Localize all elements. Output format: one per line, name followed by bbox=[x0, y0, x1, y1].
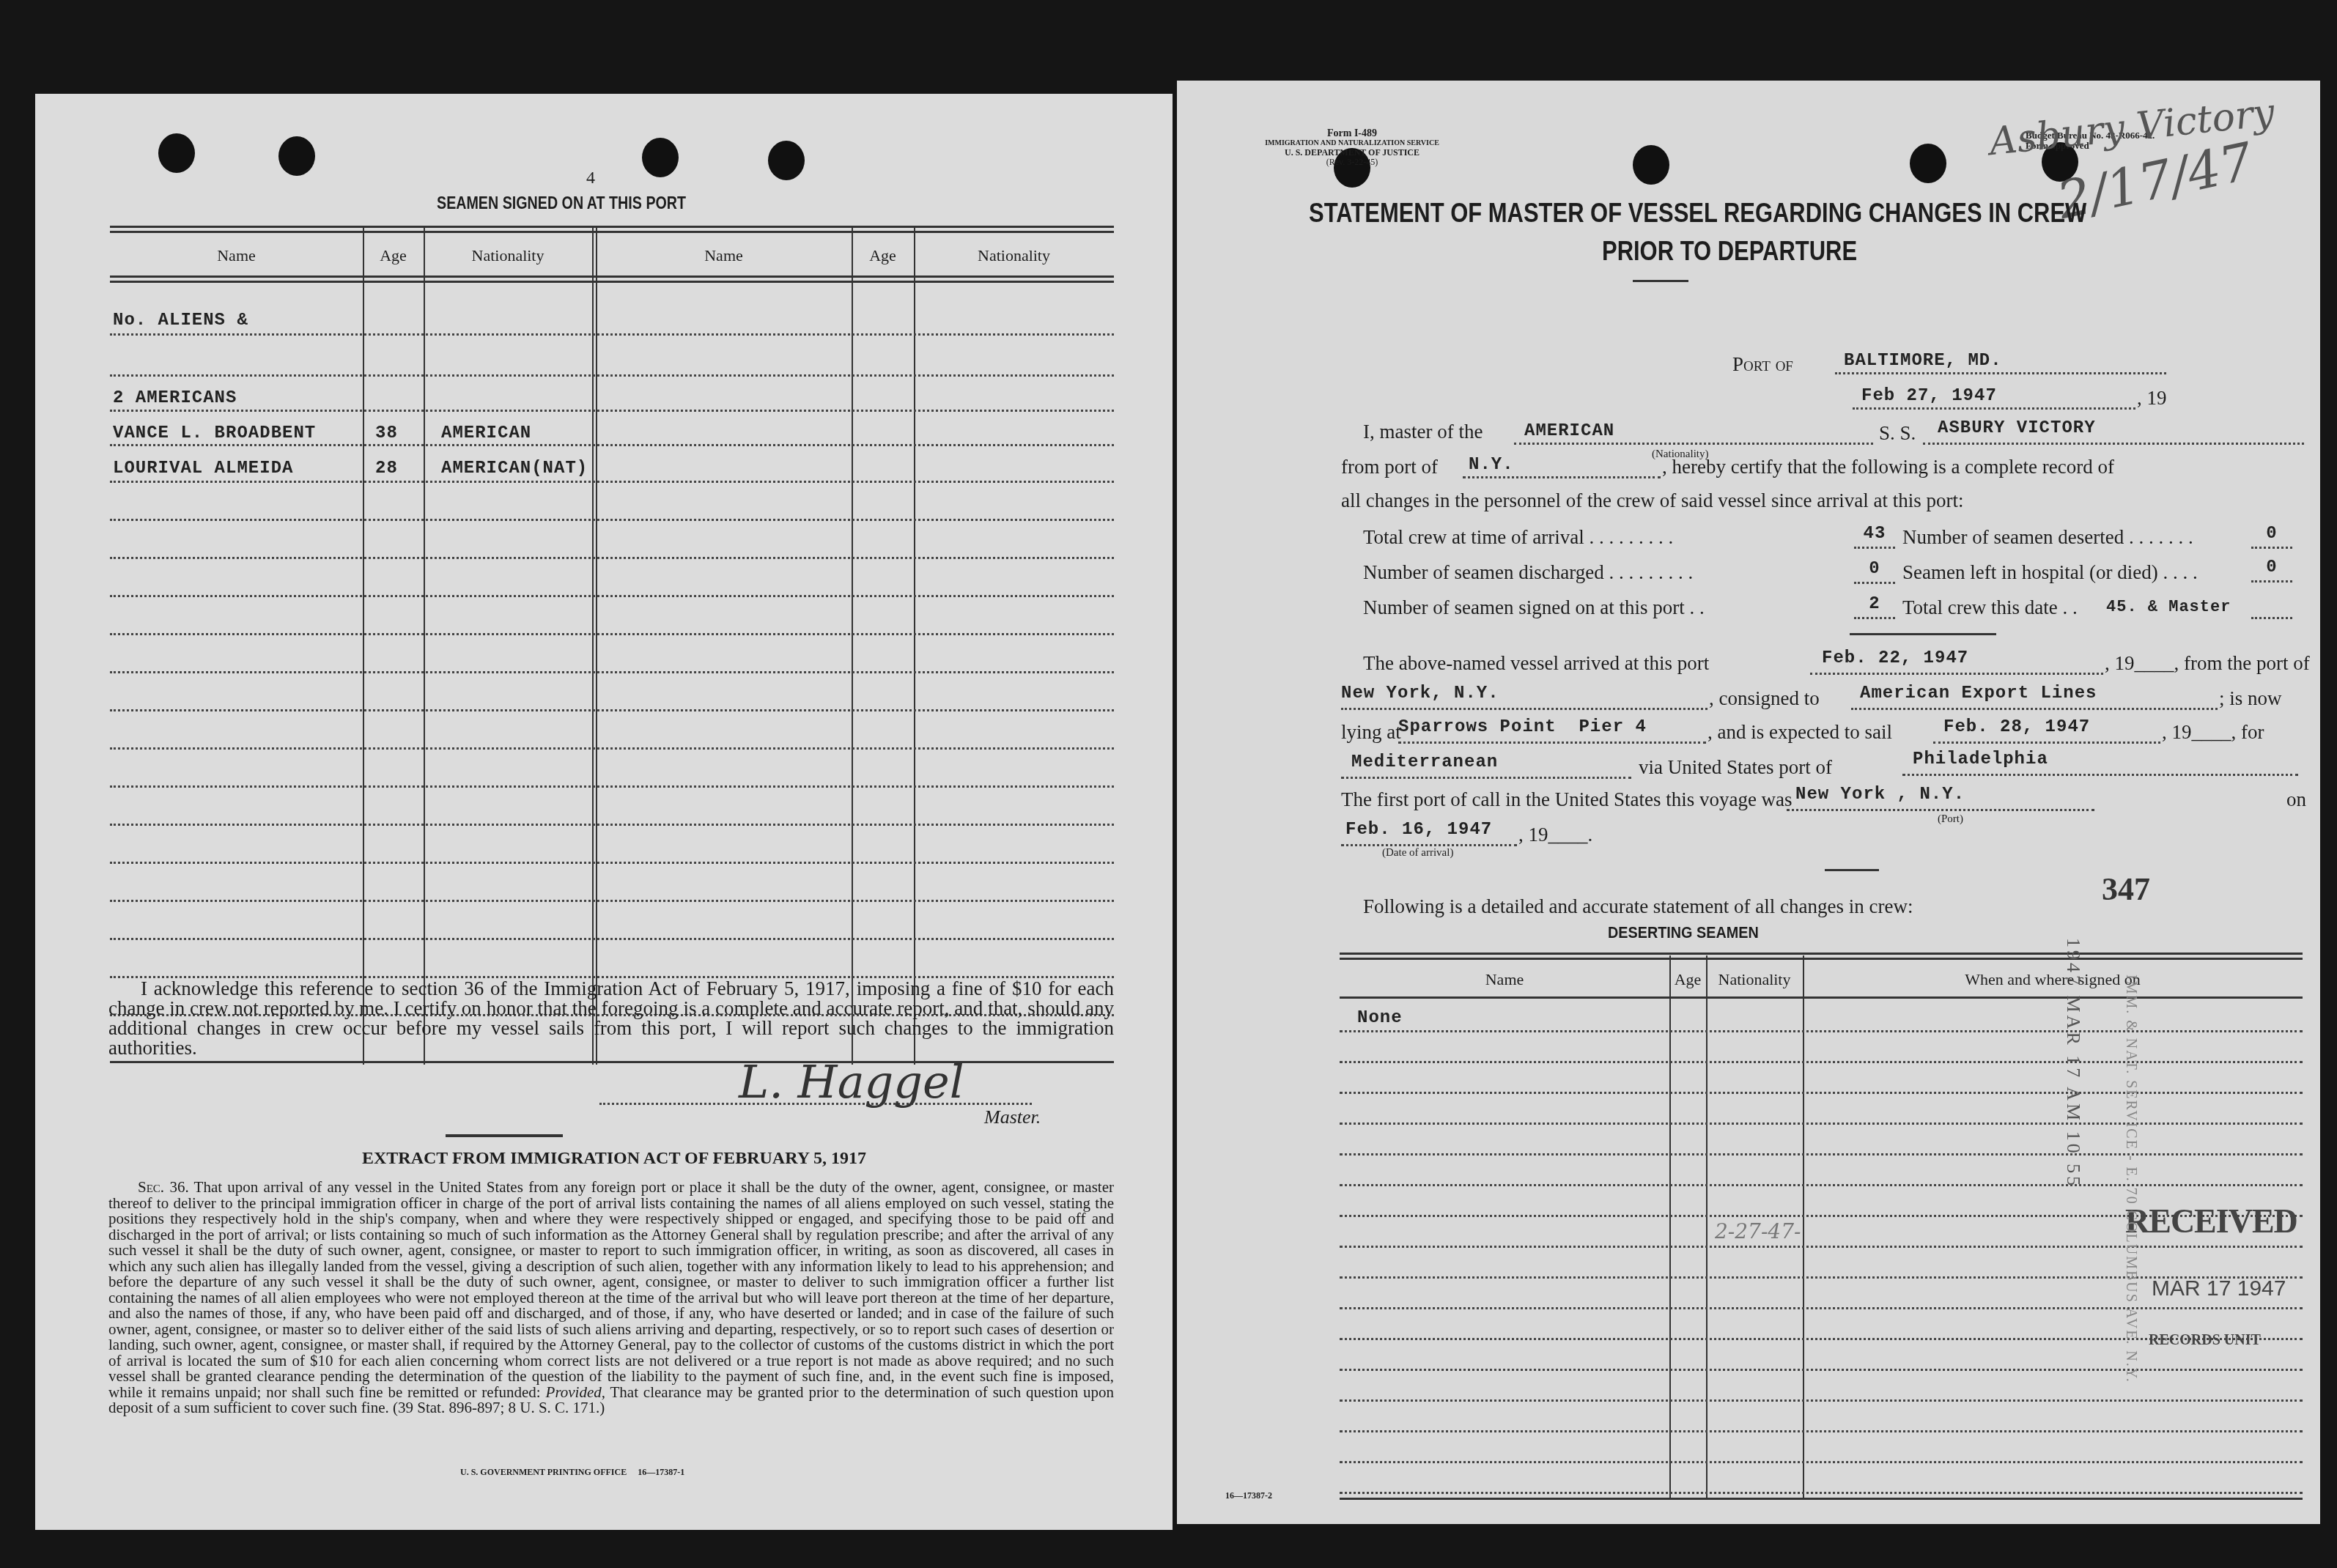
stat-total-arrival: 43 bbox=[1854, 520, 1895, 549]
date-caption: (Date of arrival) bbox=[1382, 847, 1453, 859]
stat-signed-on: 2 bbox=[1854, 591, 1895, 619]
master-label: Master. bbox=[984, 1106, 1041, 1128]
vessel-name-field: ASBURY VICTORY bbox=[1923, 415, 2304, 445]
stat-value: 0 bbox=[2266, 524, 2277, 544]
arrived-date: Feb. 22, 1947 bbox=[1822, 648, 1968, 668]
acknowledgement-text: I acknowledge this reference to section … bbox=[108, 979, 1114, 1058]
arrived-label: The above-named vessel arrived at this p… bbox=[1363, 652, 1709, 675]
punch-hole bbox=[768, 141, 805, 180]
extract-body: Sec. 36. That upon arrival of any vessel… bbox=[108, 1180, 1114, 1416]
received-stamp-title: RECEIVED bbox=[2125, 1202, 2297, 1240]
punch-hole bbox=[642, 138, 679, 177]
right-page: Form I-489 Immigration and Naturalizatio… bbox=[1177, 81, 2320, 1524]
vessel-name: ASBURY VICTORY bbox=[1938, 418, 2096, 438]
sail-date-field: Feb. 28, 1947 bbox=[1933, 714, 2160, 744]
from-the-port-label: , 19____, from the port of bbox=[2105, 652, 2310, 675]
page-number: 4 bbox=[586, 169, 595, 188]
stat-value: 2 bbox=[1869, 594, 1880, 614]
nationality-field: AMERICAN bbox=[1514, 418, 1873, 445]
first-date-field: Feb. 16, 1947 bbox=[1341, 816, 1517, 846]
destination-value: Mediterranean bbox=[1351, 752, 1498, 772]
table-row-nationality: AMERICAN bbox=[441, 424, 531, 443]
col-header-name: Name bbox=[1340, 970, 1669, 989]
from-port-field: N.Y. bbox=[1463, 451, 1661, 478]
form-title-line1: STATEMENT OF MASTER OF VESSEL REGARDING … bbox=[1309, 198, 2086, 229]
table-row-name: No. ALIENS & bbox=[113, 311, 248, 330]
stat-label-discharged: Number of seamen discharged . . . . . . … bbox=[1363, 561, 1693, 584]
is-now-label: ; is now bbox=[2219, 687, 2282, 710]
section-title: SEAMEN SIGNED ON AT THIS PORT bbox=[437, 193, 686, 214]
table-row-name: VANCE L. BROADBENT bbox=[113, 424, 316, 443]
sail-label: , and is expected to sail bbox=[1707, 721, 1892, 744]
stat-label-hospital: Seamen left in hospital (or died) . . . … bbox=[1902, 561, 2198, 584]
stat-label-total-date: Total crew this date . . bbox=[1902, 596, 2078, 619]
col-header-nationality-2: Nationality bbox=[914, 246, 1114, 265]
first-date-suffix: , 19____. bbox=[1518, 824, 1592, 846]
printing-office-footer: U. S. GOVERNMENT PRINTING OFFICE 16—1738… bbox=[460, 1467, 684, 1478]
port-field: BALTIMORE, MD. bbox=[1835, 347, 2166, 374]
punch-hole bbox=[1633, 145, 1669, 185]
blank-line bbox=[2251, 617, 2292, 619]
following-text: Following is a detailed and accurate sta… bbox=[1363, 895, 1913, 918]
stat-label-deserted: Number of seamen deserted . . . . . . . bbox=[1902, 526, 2193, 549]
via-label: via United States port of bbox=[1639, 756, 1832, 779]
table-row-name: LOURIVAL ALMEIDA bbox=[113, 459, 293, 478]
consigned-label: , consigned to bbox=[1709, 687, 1820, 710]
stat-value: 43 bbox=[1864, 524, 1886, 544]
first-port-label: The first port of call in the United Sta… bbox=[1341, 788, 1793, 811]
port-value: BALTIMORE, MD. bbox=[1844, 351, 2002, 371]
master-signature: L. Haggel bbox=[739, 1055, 964, 1109]
stat-total-date: 45. & Master bbox=[2106, 593, 2231, 616]
deserting-seamen-table: Name Age Nationality When and where sign… bbox=[1340, 953, 2303, 1498]
first-date-value: Feb. 16, 1947 bbox=[1345, 820, 1492, 840]
divider bbox=[1633, 280, 1688, 282]
col-header-age: Age bbox=[363, 246, 424, 265]
from-port-label: from port of bbox=[1341, 456, 1438, 478]
lying-at-field: Sparrows Point Pier 4 bbox=[1398, 714, 1706, 744]
date-suffix: , 19 bbox=[2137, 387, 2167, 410]
col-header-name: Name bbox=[110, 246, 363, 265]
divider bbox=[1825, 869, 1879, 871]
extract-lead: Sec. 36. bbox=[138, 1178, 189, 1196]
received-stamp-unit: RECORDS UNIT bbox=[2149, 1332, 2261, 1349]
punch-hole bbox=[278, 136, 315, 176]
form-header: Form I-489 Immigration and Naturalizatio… bbox=[1209, 129, 1495, 167]
left-page: 4 SEAMEN SIGNED ON AT THIS PORT Name Age… bbox=[35, 94, 1173, 1530]
handwritten-note: 2-27-47- bbox=[1715, 1219, 1801, 1243]
sail-date: Feb. 28, 1947 bbox=[1943, 717, 2090, 737]
first-port-value: New York , N.Y. bbox=[1795, 785, 1965, 805]
lying-at-value: Sparrows Point Pier 4 bbox=[1398, 717, 1647, 737]
from-port-value: N.Y. bbox=[1469, 455, 1514, 475]
consigned-field: American Export Lines bbox=[1851, 680, 2218, 710]
col-header-nationality: Nationality bbox=[424, 246, 592, 265]
stat-hospital: 0 bbox=[2251, 554, 2292, 583]
table-row-nationality: AMERICAN(NAT) bbox=[441, 459, 588, 478]
ss-label: S. S. bbox=[1879, 422, 1916, 445]
stat-deserted: 0 bbox=[2251, 520, 2292, 549]
port-caption: (Port) bbox=[1938, 813, 1963, 826]
deserting-title: DESERTING SEAMEN bbox=[1608, 923, 1759, 942]
stat-value: 0 bbox=[1869, 559, 1880, 579]
punch-hole bbox=[158, 133, 195, 173]
on-label: on bbox=[2286, 788, 2306, 811]
seamen-signed-on-table: Name Age Nationality Name Age Nationalit… bbox=[110, 226, 1114, 1065]
table-row-name: None bbox=[1357, 1008, 1403, 1028]
for-label: , 19____, for bbox=[2162, 721, 2264, 744]
divider bbox=[446, 1134, 563, 1137]
table-row-age: 38 bbox=[375, 424, 398, 443]
lying-at-label: lying at bbox=[1341, 721, 1401, 744]
from-the-port-value: New York, N.Y. bbox=[1341, 684, 1499, 703]
vertical-date-stamp: 1947 MAR 17 AM 10 55 bbox=[2062, 938, 2084, 1188]
extract-body-text: That upon arrival of any vessel in the U… bbox=[108, 1178, 1114, 1401]
certify-text-2: all changes in the personnel of the crew… bbox=[1341, 489, 1963, 512]
col-header-age-2: Age bbox=[852, 246, 914, 265]
via-field: Philadelphia bbox=[1902, 746, 2298, 776]
col-header-nationality: Nationality bbox=[1706, 970, 1803, 989]
stat-value: 0 bbox=[2266, 558, 2277, 577]
destination-field: Mediterranean bbox=[1341, 749, 1631, 779]
col-header-age: Age bbox=[1669, 970, 1706, 989]
revision: (Rev. 3-22-45) bbox=[1209, 158, 1495, 167]
stat-value: 45. & Master bbox=[2106, 598, 2231, 616]
stamp-number: 347 bbox=[2102, 870, 2150, 908]
stat-label-total-arrival: Total crew at time of arrival . . . . . … bbox=[1363, 526, 1673, 549]
from-port-of-field: New York, N.Y. bbox=[1341, 680, 1707, 710]
col-header-name-2: Name bbox=[596, 246, 852, 265]
form-number: Form I-489 bbox=[1209, 129, 1495, 138]
col-header-when-where: When and where signed on bbox=[1803, 970, 2303, 989]
date-value: Feb 27, 1947 bbox=[1861, 386, 1997, 406]
port-label: Port of bbox=[1732, 353, 1793, 376]
form-title-line2: PRIOR TO DEPARTURE bbox=[1602, 236, 1857, 267]
table-row-age: 28 bbox=[375, 459, 398, 478]
stat-discharged: 0 bbox=[1854, 555, 1895, 584]
stat-label-signed-on: Number of seamen signed on at this port … bbox=[1363, 596, 1705, 619]
extract-provided: Provided, bbox=[546, 1383, 605, 1401]
received-stamp-date: MAR 17 1947 bbox=[2152, 1276, 2286, 1301]
certify-text: , hereby certify that the following is a… bbox=[1662, 456, 2114, 478]
punch-hole bbox=[1910, 144, 1946, 183]
vertical-office-stamp: IMM. & NAT. SERVICE - E. 70 COLUMBUS AVE… bbox=[2122, 975, 2139, 1383]
table-row-name: 2 AMERICANS bbox=[113, 388, 237, 408]
first-port-field: New York , N.Y. bbox=[1787, 781, 2094, 811]
consigned-value: American Export Lines bbox=[1860, 684, 2097, 703]
extract-title: EXTRACT FROM IMMIGRATION ACT OF FEBRUARY… bbox=[362, 1149, 866, 1169]
nationality-value: AMERICAN bbox=[1524, 421, 1614, 441]
arrived-date-field: Feb. 22, 1947 bbox=[1810, 645, 2103, 675]
via-value: Philadelphia bbox=[1913, 750, 2048, 769]
date-field: Feb 27, 1947 bbox=[1853, 382, 2135, 410]
divider bbox=[1850, 633, 1996, 635]
form-footer: 16—17387-2 bbox=[1225, 1490, 1272, 1501]
master-of-label: I, master of the bbox=[1363, 421, 1483, 443]
